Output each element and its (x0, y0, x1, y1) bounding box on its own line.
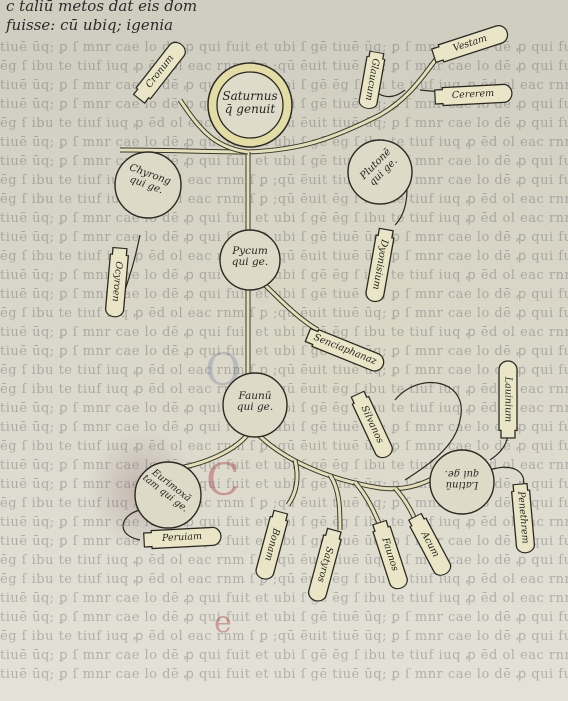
node-latinum-line1: Latinū (432, 479, 492, 490)
node-latinum: Latinū qui ge. (432, 468, 492, 489)
node-saturnus-line2: q̄ genuit (215, 103, 285, 116)
node-picum-line2: qui ge. (222, 257, 278, 268)
node-saturnus: Saturnus q̄ genuit (215, 90, 285, 115)
node-latinum-line2: qui ge. (432, 468, 492, 479)
node-faunum-line2: qui ge. (226, 402, 284, 413)
node-faunum: Faunū qui ge. (226, 391, 284, 413)
leaf-lauinium: Lauinium (503, 365, 514, 435)
node-saturnus-line1: Saturnus (215, 90, 285, 103)
node-picum: Pycum qui ge. (222, 246, 278, 268)
